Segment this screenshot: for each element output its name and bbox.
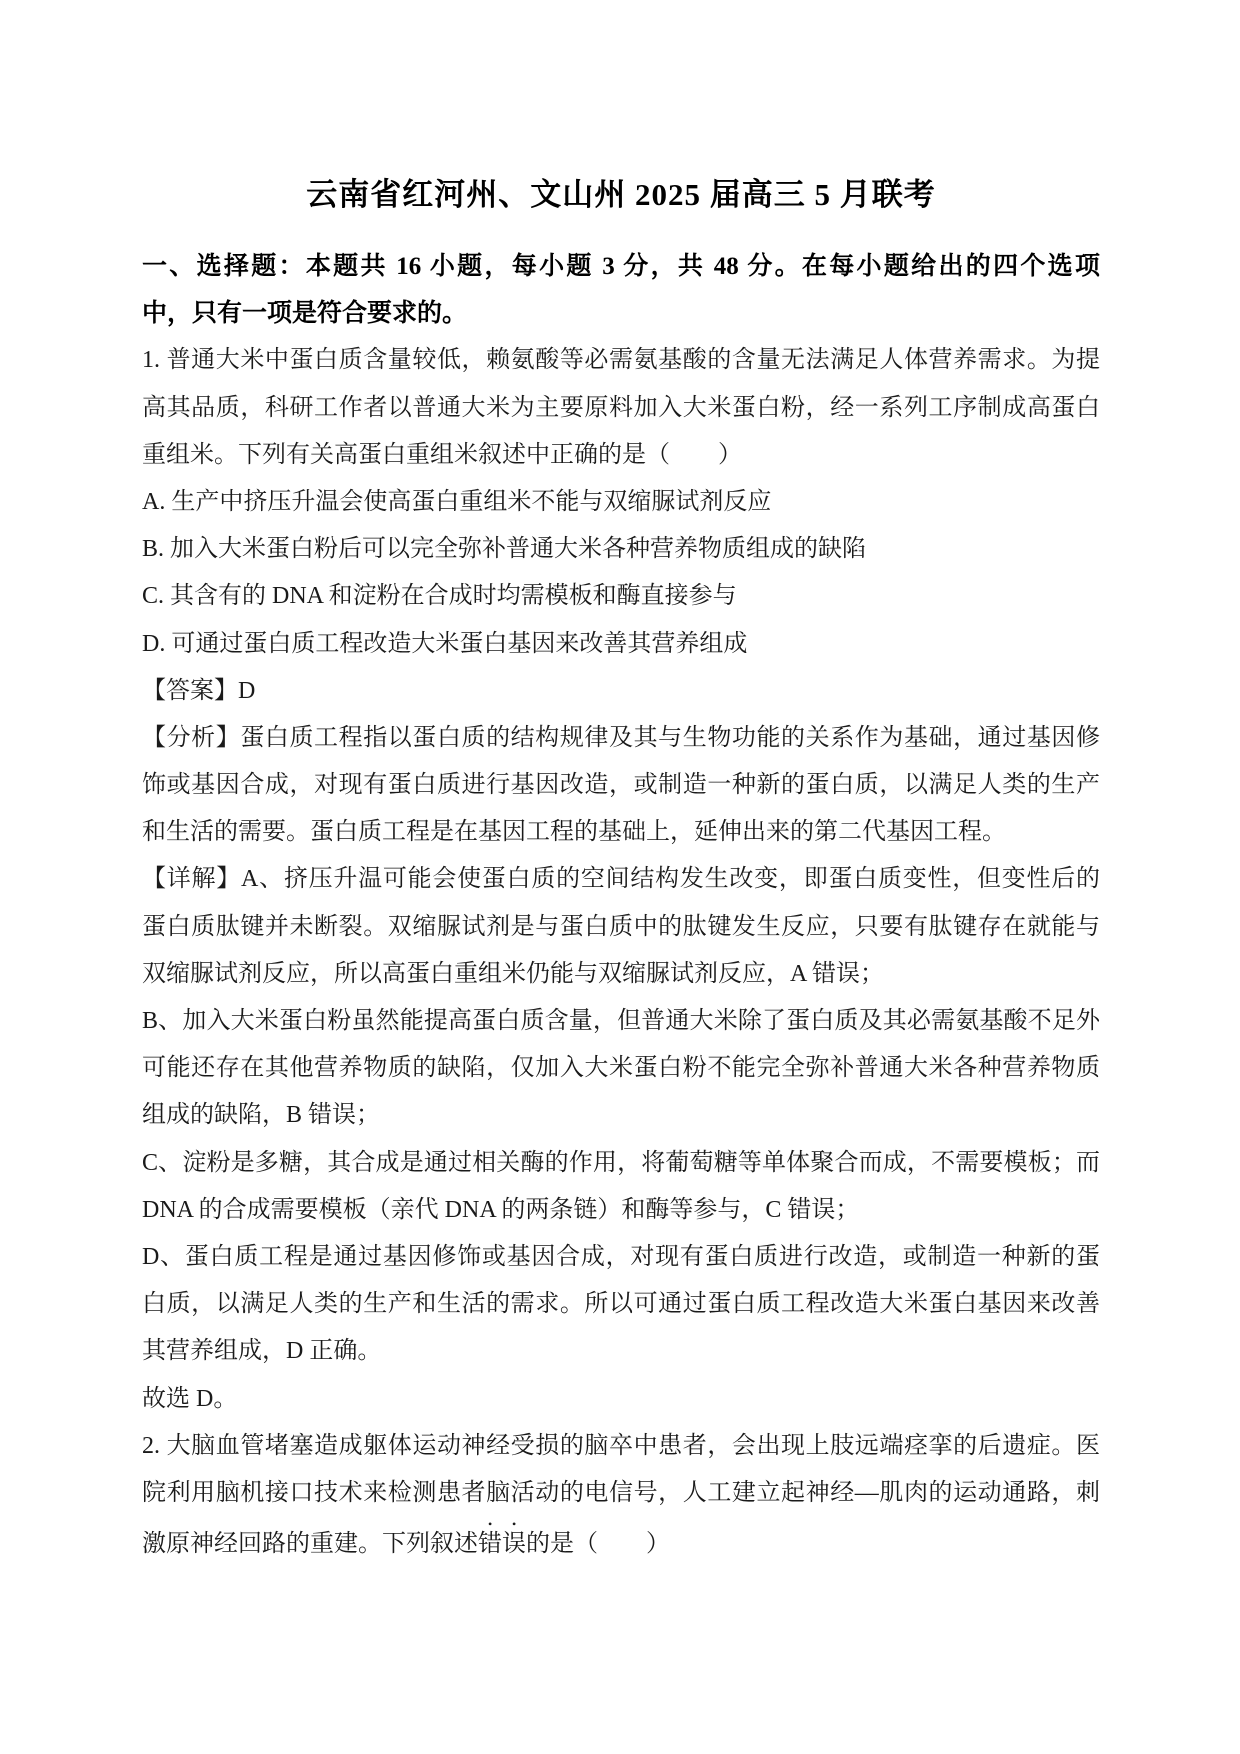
q1-option-c: C. 其含有的 DNA 和淀粉在合成时均需模板和酶直接参与 — [142, 573, 1100, 620]
q1-detail-line-10: 白质，以满足人类的生产和生活的需求。所以可通过蛋白质工程改造大米蛋白基因来改善 — [142, 1281, 1100, 1328]
q2-stem-line-3: 激原神经回路的重建。下列叙述错误的是（ ） — [142, 1517, 1100, 1564]
section-heading-line-2: 中，只有一项是符合要求的。 — [142, 290, 1100, 337]
q1-detail-line-6: 组成的缺陷，B 错误； — [142, 1092, 1100, 1139]
q1-detail-line-3: 双缩脲试剂反应，所以高蛋白重组米仍能与双缩脲试剂反应，A 错误； — [142, 951, 1100, 998]
q1-answer-line: 【答案】D — [142, 668, 1100, 715]
q1-stem-line-3: 重组米。下列有关高蛋白重组米叙述中正确的是（ ） — [142, 432, 1100, 479]
q1-option-b: B. 加入大米蛋白粉后可以完全弥补普通大米各种营养物质组成的缺陷 — [142, 526, 1100, 573]
q1-stem-line-2: 高其品质，科研工作者以普通大米为主要原料加入大米蛋白粉，经一系列工序制成高蛋白 — [142, 385, 1100, 432]
q2-stem-line-2: 院利用脑机接口技术来检测患者脑活动的电信号，人工建立起神经—肌肉的运动通路，刺 — [142, 1470, 1100, 1517]
q1-conclusion-line: 故选 D。 — [142, 1376, 1100, 1423]
q1-detail-line-7: C、淀粉是多糖，其合成是通过相关酶的作用，将葡萄糖等单体聚合而成，不需要模板；而 — [142, 1140, 1100, 1187]
q1-detail-line-2: 蛋白质肽键并未断裂。双缩脲试剂是与蛋白质中的肽键发生反应，只要有肽键存在就能与 — [142, 904, 1100, 951]
exam-paper-page: 云南省红河州、文山州 2025 届高三 5 月联考 一、选择题：本题共 16 小… — [0, 0, 1240, 1754]
q1-detail-line-4: B、加入大米蛋白粉虽然能提高蛋白质含量，但普通大米除了蛋白质及其必需氨基酸不足外 — [142, 998, 1100, 1045]
q1-analysis-line-3: 和生活的需要。蛋白质工程是在基因工程的基础上，延伸出来的第二代基因工程。 — [142, 809, 1100, 856]
q1-analysis-line-2: 饰或基因合成，对现有蛋白质进行基因改造，或制造一种新的蛋白质，以满足人类的生产 — [142, 762, 1100, 809]
q1-detail-line-8: DNA 的合成需要模板（亲代 DNA 的两条链）和酶等参与，C 错误； — [142, 1187, 1100, 1234]
q1-option-a: A. 生产中挤压升温会使高蛋白重组米不能与双缩脲试剂反应 — [142, 479, 1100, 526]
q2-stem-line-1: 2. 大脑血管堵塞造成躯体运动神经受损的脑卒中患者，会出现上肢远端痉挛的后遗症。… — [142, 1423, 1100, 1470]
q1-stem-line-1: 1. 普通大米中蛋白质含量较低，赖氨酸等必需氨基酸的含量无法满足人体营养需求。为… — [142, 337, 1100, 384]
section-heading-line-1: 一、选择题：本题共 16 小题，每小题 3 分，共 48 分。在每小题给出的四个… — [142, 243, 1100, 290]
q1-detail-line-5: 可能还存在其他营养物质的缺陷，仅加入大米蛋白粉不能完全弥补普通大米各种营养物质 — [142, 1045, 1100, 1092]
q1-detail-line-9: D、蛋白质工程是通过基因修饰或基因合成，对现有蛋白质进行改造，或制造一种新的蛋 — [142, 1234, 1100, 1281]
q1-option-d: D. 可通过蛋白质工程改造大米蛋白基因来改善其营养组成 — [142, 621, 1100, 668]
paper-title: 云南省红河州、文山州 2025 届高三 5 月联考 — [142, 0, 1100, 212]
q1-analysis-line-1: 【分析】蛋白质工程指以蛋白质的结构规律及其与生物功能的关系作为基础，通过基因修 — [142, 715, 1100, 762]
q2-last-line-pre: 激原神经回路的重建。下列叙述 — [142, 1531, 478, 1557]
q1-detail-line-11: 其营养组成，D 正确。 — [142, 1328, 1100, 1375]
q2-last-line-post: 的是（ ） — [526, 1531, 670, 1557]
q2-emphasized-word: 错误 — [478, 1531, 526, 1557]
q1-detail-line-1: 【详解】A、挤压升温可能会使蛋白质的空间结构发生改变，即蛋白质变性，但变性后的 — [142, 856, 1100, 903]
